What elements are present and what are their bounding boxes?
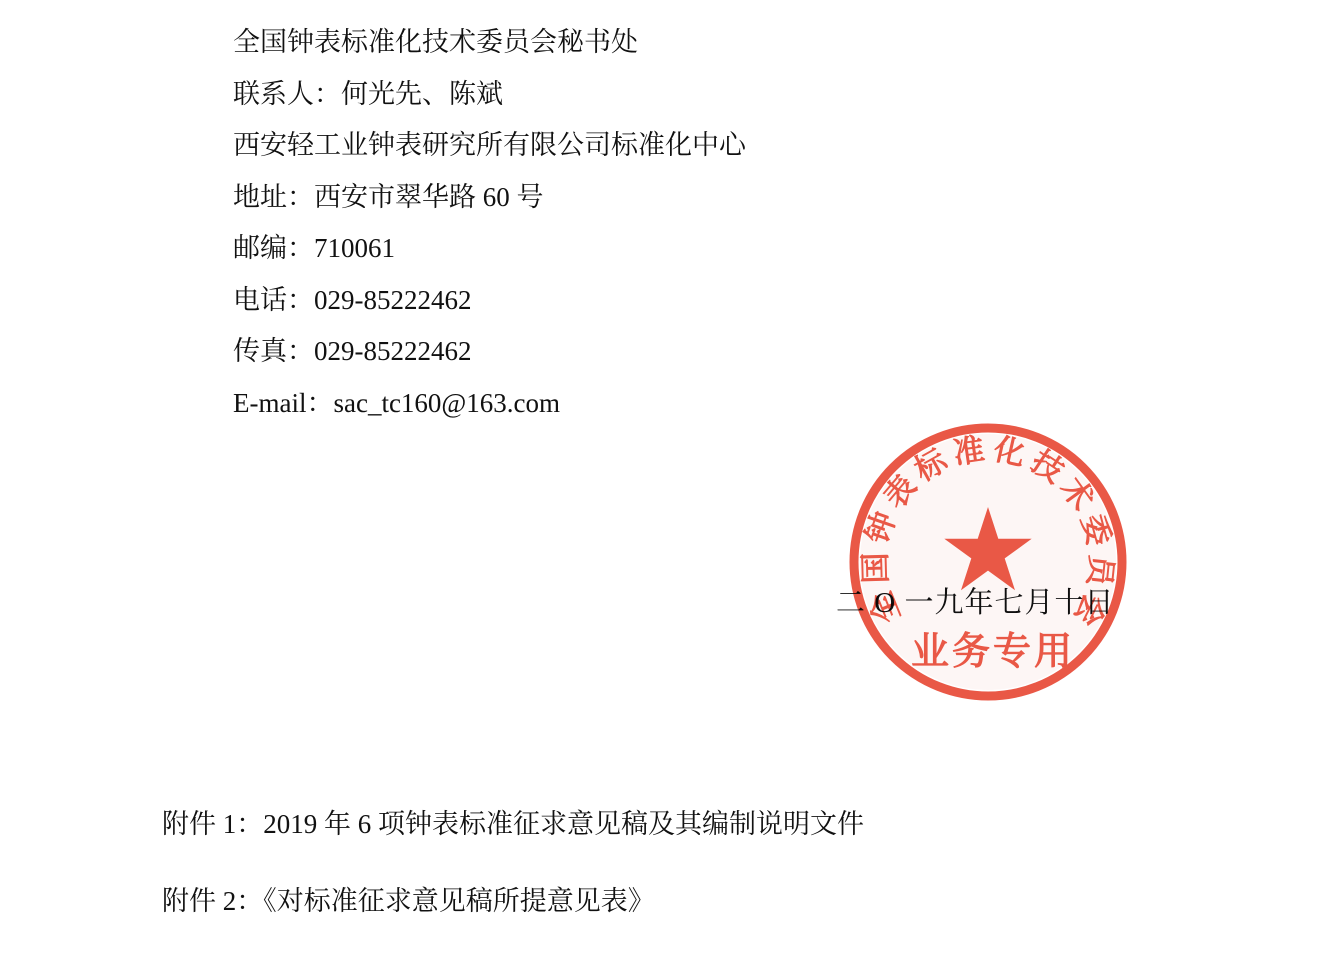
email-line: E-mail：sac_tc160@163.com: [233, 378, 746, 430]
phone-line: 电话：029-85222462: [233, 275, 746, 327]
org-secretariat-line: 全国钟表标准化技术委员会秘书处: [233, 17, 746, 69]
org-center-line: 西安轻工业钟表研究所有限公司标准化中心: [233, 120, 746, 172]
attachments-block: 附件 1：2019 年 6 项钟表标准征求意见稿及其编制说明文件 附件 2：《对…: [162, 802, 864, 918]
postcode-line: 邮编：710061: [233, 223, 746, 275]
document-page: 全国钟表标准化技术委员会秘书处 联系人：何光先、陈斌 西安轻工业钟表研究所有限公…: [0, 0, 1320, 964]
address-line: 地址：西安市翠华路 60 号: [233, 172, 746, 224]
seal-bottom-text: 业务专用: [911, 631, 1075, 673]
contact-block: 全国钟表标准化技术委员会秘书处 联系人：何光先、陈斌 西安轻工业钟表研究所有限公…: [233, 17, 746, 429]
official-seal: 全国钟表标准化技术委员会 业务专用: [843, 417, 1133, 707]
fax-line: 传真：029-85222462: [233, 326, 746, 378]
contact-person-line: 联系人：何光先、陈斌: [233, 69, 746, 121]
attachment-2-line: 附件 2：《对标准征求意见稿所提意见表》: [162, 879, 864, 918]
attachment-1-line: 附件 1：2019 年 6 项钟表标准征求意见稿及其编制说明文件: [162, 802, 864, 841]
